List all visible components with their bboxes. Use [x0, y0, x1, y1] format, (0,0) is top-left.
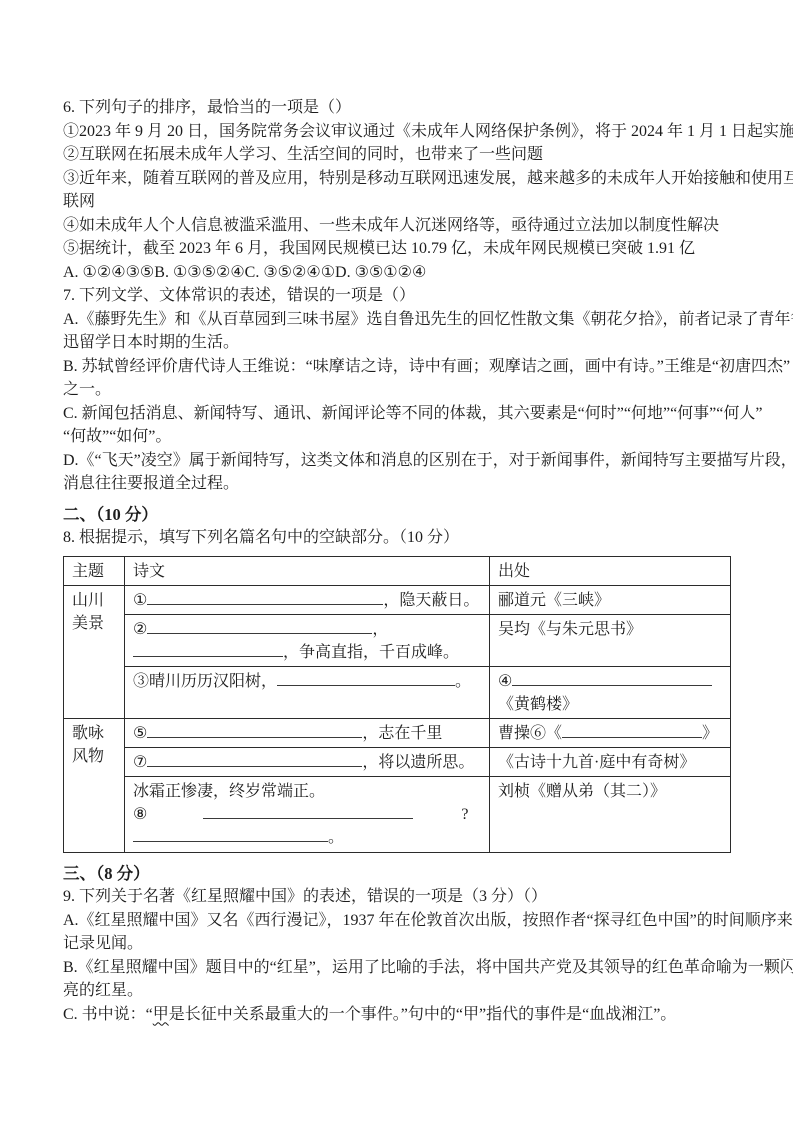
- verse-text: 。: [455, 673, 471, 690]
- text-line: ②互联网在拓展未成年人学习、生活空间的同时，也带来了一些问题: [63, 143, 731, 167]
- verse-text: ，将以遗所思。: [362, 754, 474, 771]
- header-theme: 主题: [64, 556, 125, 585]
- text-line: 联网: [63, 190, 731, 214]
- question-9-option-c: C. 书中说：“甲是长征中关系最重大的一个事件。”句中的“甲”指代的事件是“血战…: [63, 1003, 731, 1027]
- source-cell-3: ④ 《黄鹤楼》: [490, 666, 731, 718]
- text-line: ③近年来，随着互联网的普及应用，特别是移动互联网迅速发展，越来越多的未成年人开始…: [63, 167, 731, 191]
- blank-line-1: [147, 590, 383, 605]
- verse-line: ，争高直指，千百成峰。: [133, 641, 482, 664]
- text-line: ⑤据统计，截至 2023 年 6 月，我国网民规模已达 10.79 亿，未成年网…: [63, 237, 731, 261]
- text-line: D.《“飞天”凌空》属于新闻特写，这类文体和消息的区别在于，对于新闻事件，新闻特…: [63, 449, 731, 473]
- table-row: 歌咏风物 ⑤，志在千里 曹操⑥《》: [64, 718, 731, 747]
- blank-line-5: [147, 723, 362, 738]
- source-cell-6: 刘桢《赠从弟（其二）》: [490, 776, 731, 852]
- text-line: C. 新闻包括消息、新闻特写、通讯、新闻评论等不同的体裁，其六要素是“何时”“何…: [63, 402, 731, 426]
- verse-text: ⑤: [133, 725, 147, 742]
- question-9-block: 9. 下列关于名著《红星照耀中国》的表述，错误的一项是（3 分）（）A.《红星照…: [63, 885, 731, 1003]
- text-line: 之一。: [63, 378, 731, 402]
- source-cell-2: 吴均《与朱元思书》: [490, 614, 731, 666]
- text-line: 记录见闻。: [63, 932, 731, 956]
- source-text: 》: [702, 725, 718, 742]
- text-line: 亮的红星。: [63, 979, 731, 1003]
- verse-text: ②: [133, 621, 147, 638]
- source-cell-5: 《古诗十九首·庭中有奇树》: [490, 747, 731, 776]
- blank-line-8: [203, 804, 413, 819]
- blank-line-7: [147, 752, 362, 767]
- source-cell-4: 曹操⑥《》: [490, 718, 731, 747]
- question-6-block: 6. 下列句子的排序，最恰当的一项是（）①2023 年 9 月 20 日，国务院…: [63, 96, 731, 284]
- text-line: 9. 下列关于名著《红星照耀中国》的表述，错误的一项是（3 分）（）: [63, 885, 731, 909]
- table-row: 山川美景 ①，隐天蔽日。 郦道元《三峡》: [64, 585, 731, 614]
- question-8-intro: 8. 根据提示，填写下列名篇名句中的空缺部分。（10 分）: [63, 526, 731, 550]
- blank-line-6: [562, 723, 702, 738]
- source-text: ④: [498, 673, 512, 690]
- verse-text: ，: [372, 621, 388, 638]
- verse-cell-1: ①，隐天蔽日。: [125, 585, 490, 614]
- verse-cell-3: ③晴川历历汉阳树，。: [125, 666, 490, 718]
- verse-line: 冰霜正惨凄，终岁常端正。: [133, 780, 482, 803]
- table-row: ②， ，争高直指，千百成峰。 吴均《与朱元思书》: [64, 614, 731, 666]
- verse-cell-5: ⑤，志在千里: [125, 718, 490, 747]
- blank-line-8b: [133, 827, 328, 842]
- verse-line: 。: [133, 826, 482, 849]
- source-text: 曹操⑥《: [498, 725, 562, 742]
- table-row: 冰霜正惨凄，终岁常端正。 ⑧? 。 刘桢《赠从弟（其二）》: [64, 776, 731, 852]
- text-line: A. ①②④③⑤B. ①③⑤②④C. ③⑤②④①D. ③⑤①②④: [63, 261, 731, 285]
- verse-line: ②，: [133, 618, 482, 641]
- famous-lines-fill-table: 主题 诗文 出处 山川美景 ①，隐天蔽日。 郦道元《三峡》 ②， ，争高直指，千…: [63, 556, 731, 853]
- verse-line: ⑧?: [133, 803, 482, 826]
- source-line: 《黄鹤楼》: [498, 693, 723, 716]
- verse-text: ⑦: [133, 754, 147, 771]
- text-line: 消息往往要报道全过程。: [63, 472, 731, 496]
- verse-cell-8: 冰霜正惨凄，终岁常端正。 ⑧? 。: [125, 776, 490, 852]
- verse-text: ①: [133, 592, 147, 609]
- table-row: ⑦，将以遗所思。 《古诗十九首·庭中有奇树》: [64, 747, 731, 776]
- blank-line-2: [147, 619, 372, 634]
- blank-line-2b: [133, 642, 283, 657]
- text-line: 6. 下列句子的排序，最恰当的一项是（）: [63, 96, 731, 120]
- source-line: ④: [498, 670, 723, 693]
- header-text: 诗文: [125, 556, 490, 585]
- section-2-heading: 二、（10 分）: [63, 503, 731, 527]
- verse-text: 。: [328, 829, 344, 846]
- table-header-row: 主题 诗文 出处: [64, 556, 731, 585]
- section-3-heading: 三、（8 分）: [63, 862, 731, 886]
- exam-document-page: 6. 下列句子的排序，最恰当的一项是（）①2023 年 9 月 20 日，国务院…: [0, 0, 793, 1122]
- text-line: B.《红星照耀中国》题目中的“红星”，运用了比喻的手法，将中国共产党及其领导的红…: [63, 956, 731, 980]
- verse-cell-2: ②， ，争高直指，千百成峰。: [125, 614, 490, 666]
- header-source: 出处: [490, 556, 731, 585]
- text-line: 迅留学日本时期的生活。: [63, 331, 731, 355]
- text-line: A.《红星照耀中国》又名《西行漫记》，1937 年在伦敦首次出版，按照作者“探寻…: [63, 909, 731, 933]
- text-segment: 是长征中关系最重大的一个事件。”句中的“甲”指代的事件是“血战湘江”。: [169, 1006, 677, 1023]
- text-line: ④如未成年人个人信息被滥采滥用、一些未成年人沉迷网络等，亟待通过立法加以制度性解…: [63, 214, 731, 238]
- text-line: 7. 下列文学、文体常识的表述，错误的一项是（）: [63, 284, 731, 308]
- text-line: A.《藤野先生》和《从百草园到三味书屋》选自鲁迅先生的回忆性散文集《朝花夕拾》，…: [63, 308, 731, 332]
- blank-line-3: [277, 671, 455, 686]
- text-line: ①2023 年 9 月 20 日，国务院常务会议审议通过《未成年人网络保护条例》…: [63, 120, 731, 144]
- question-7-block: 7. 下列文学、文体常识的表述，错误的一项是（）A.《藤野先生》和《从百草园到三…: [63, 284, 731, 496]
- table-row: ③晴川历历汉阳树，。 ④ 《黄鹤楼》: [64, 666, 731, 718]
- verse-cell-7: ⑦，将以遗所思。: [125, 747, 490, 776]
- question-mark: ?: [461, 806, 468, 823]
- theme-cell-landscape: 山川美景: [64, 585, 125, 718]
- text-line: B. 苏轼曾经评价唐代诗人王维说：“味摩诘之诗，诗中有画；观摩诘之画，画中有诗。…: [63, 355, 731, 379]
- verse-text: ⑧: [133, 806, 147, 823]
- verse-text: ，隐天蔽日。: [383, 592, 479, 609]
- theme-cell-objects: 歌咏风物: [64, 718, 125, 852]
- blank-line-4: [512, 671, 712, 686]
- verse-text: ，志在千里: [362, 725, 442, 742]
- source-cell-1: 郦道元《三峡》: [490, 585, 731, 614]
- verse-text: ③晴川历历汉阳树，: [133, 673, 277, 690]
- text-line: “何故”“如何”。: [63, 425, 731, 449]
- verse-text: ，争高直指，千百成峰。: [283, 644, 459, 661]
- emphasized-jia: 甲: [153, 1006, 169, 1023]
- text-segment: C. 书中说：“: [63, 1006, 153, 1023]
